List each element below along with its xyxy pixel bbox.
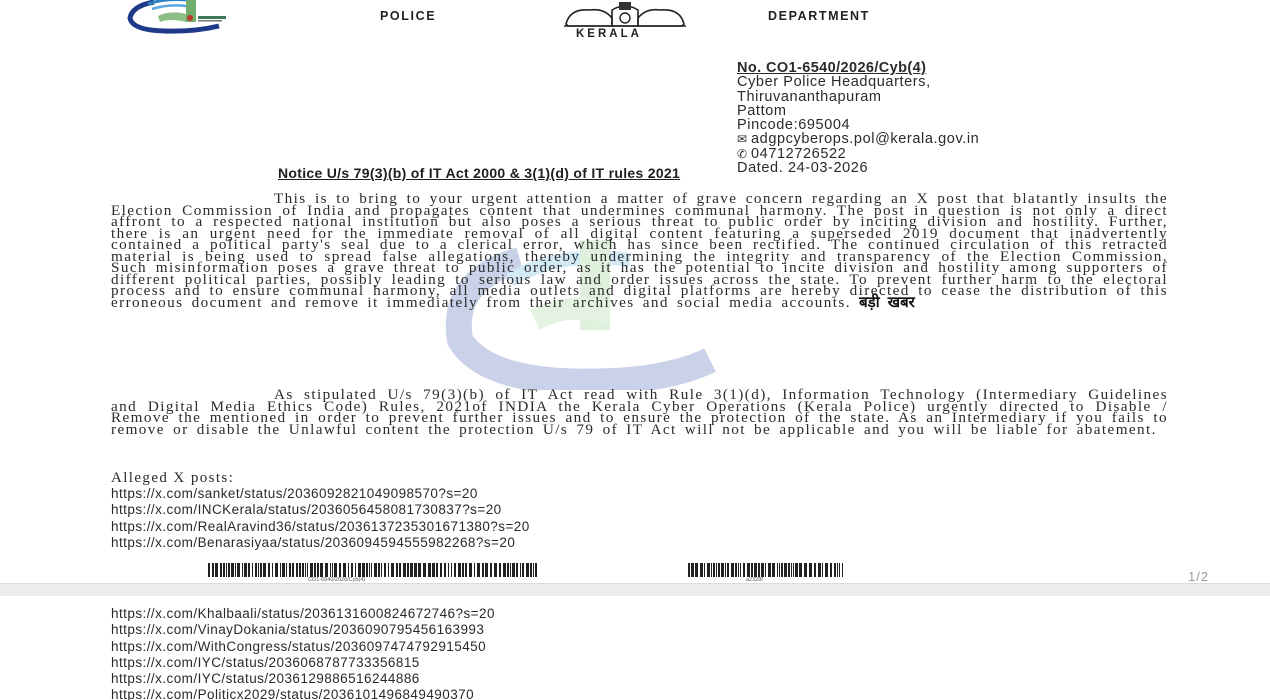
letterhead-police: POLICE: [380, 9, 436, 23]
notice-title: Notice U/s 79(3)(b) of IT Act 2000 & 3(1…: [278, 165, 680, 181]
phone-icon: ✆: [737, 147, 751, 161]
letterhead-department: DEPARTMENT: [768, 9, 870, 23]
alleged-url[interactable]: https://x.com/Politicx2029/status/203610…: [111, 687, 495, 700]
kerala-emblem-icon: [560, 0, 690, 30]
alleged-posts-label: Alleged X posts:: [111, 470, 234, 487]
notice-paragraph-1: This is to bring to your urgent attentio…: [111, 193, 1168, 308]
barcode-icon: [208, 563, 538, 577]
page-separator: [0, 583, 1270, 596]
alleged-url[interactable]: https://x.com/INCKerala/status/203605645…: [111, 502, 530, 518]
alleged-url[interactable]: https://x.com/IYC/status/203606878773335…: [111, 655, 495, 671]
emblem-caption: KERALA: [576, 28, 642, 40]
alleged-url[interactable]: https://x.com/VinayDokania/status/203609…: [111, 622, 495, 638]
hindi-overlay-text: बड़ी खबर: [859, 293, 915, 311]
address-block: No. CO1-6540/2026/Cyb(4) Cyber Police He…: [737, 61, 979, 175]
cyber-police-logo-icon: [124, 0, 230, 34]
alleged-url[interactable]: https://x.com/RealAravind36/status/20361…: [111, 519, 530, 535]
email-row: ✉adgpcyberops.pol@kerala.gov.in: [737, 132, 979, 146]
address-line: Thiruvananthapuram: [737, 90, 979, 104]
notice-paragraph-2: As stipulated U/s 79(3)(b) of IT Act rea…: [111, 389, 1168, 435]
paragraph-1-text: This is to bring to your urgent attentio…: [111, 190, 1168, 311]
address-line: Cyber Police Headquarters,: [737, 75, 979, 89]
alleged-urls-list-page-1: https://x.com/sanket/status/203609282104…: [111, 486, 530, 551]
document-page-2: https://x.com/Khalbaali/status/203613160…: [0, 596, 1270, 700]
alleged-url[interactable]: https://x.com/IYC/status/203612988651624…: [111, 671, 495, 687]
alleged-url[interactable]: https://x.com/Khalbaali/status/203613160…: [111, 606, 495, 622]
mail-icon: ✉: [737, 132, 751, 146]
alleged-url[interactable]: https://x.com/Benarasiyaa/status/2036094…: [111, 535, 530, 551]
barcode-icon: [688, 563, 843, 577]
alleged-url[interactable]: https://x.com/WithCongress/status/203609…: [111, 639, 495, 655]
address-line: Pincode:695004: [737, 118, 979, 132]
reference-number: No. CO1-6540/2026/Cyb(4): [737, 61, 979, 75]
document-page-1: POLICE KERALA DEPARTMENT No. CO1-6540/20…: [0, 0, 1270, 583]
page-indicator: 1/2: [1188, 569, 1209, 584]
address-line: Pattom: [737, 104, 979, 118]
alleged-urls-list-page-2: https://x.com/Khalbaali/status/203613160…: [111, 606, 495, 700]
date-line: Dated. 24-03-2026: [737, 161, 979, 175]
phone-row: ✆04712726522: [737, 147, 979, 161]
alleged-url[interactable]: https://x.com/sanket/status/203609282104…: [111, 486, 530, 502]
paragraph-2-text: As stipulated U/s 79(3)(b) of IT Act rea…: [111, 386, 1168, 438]
